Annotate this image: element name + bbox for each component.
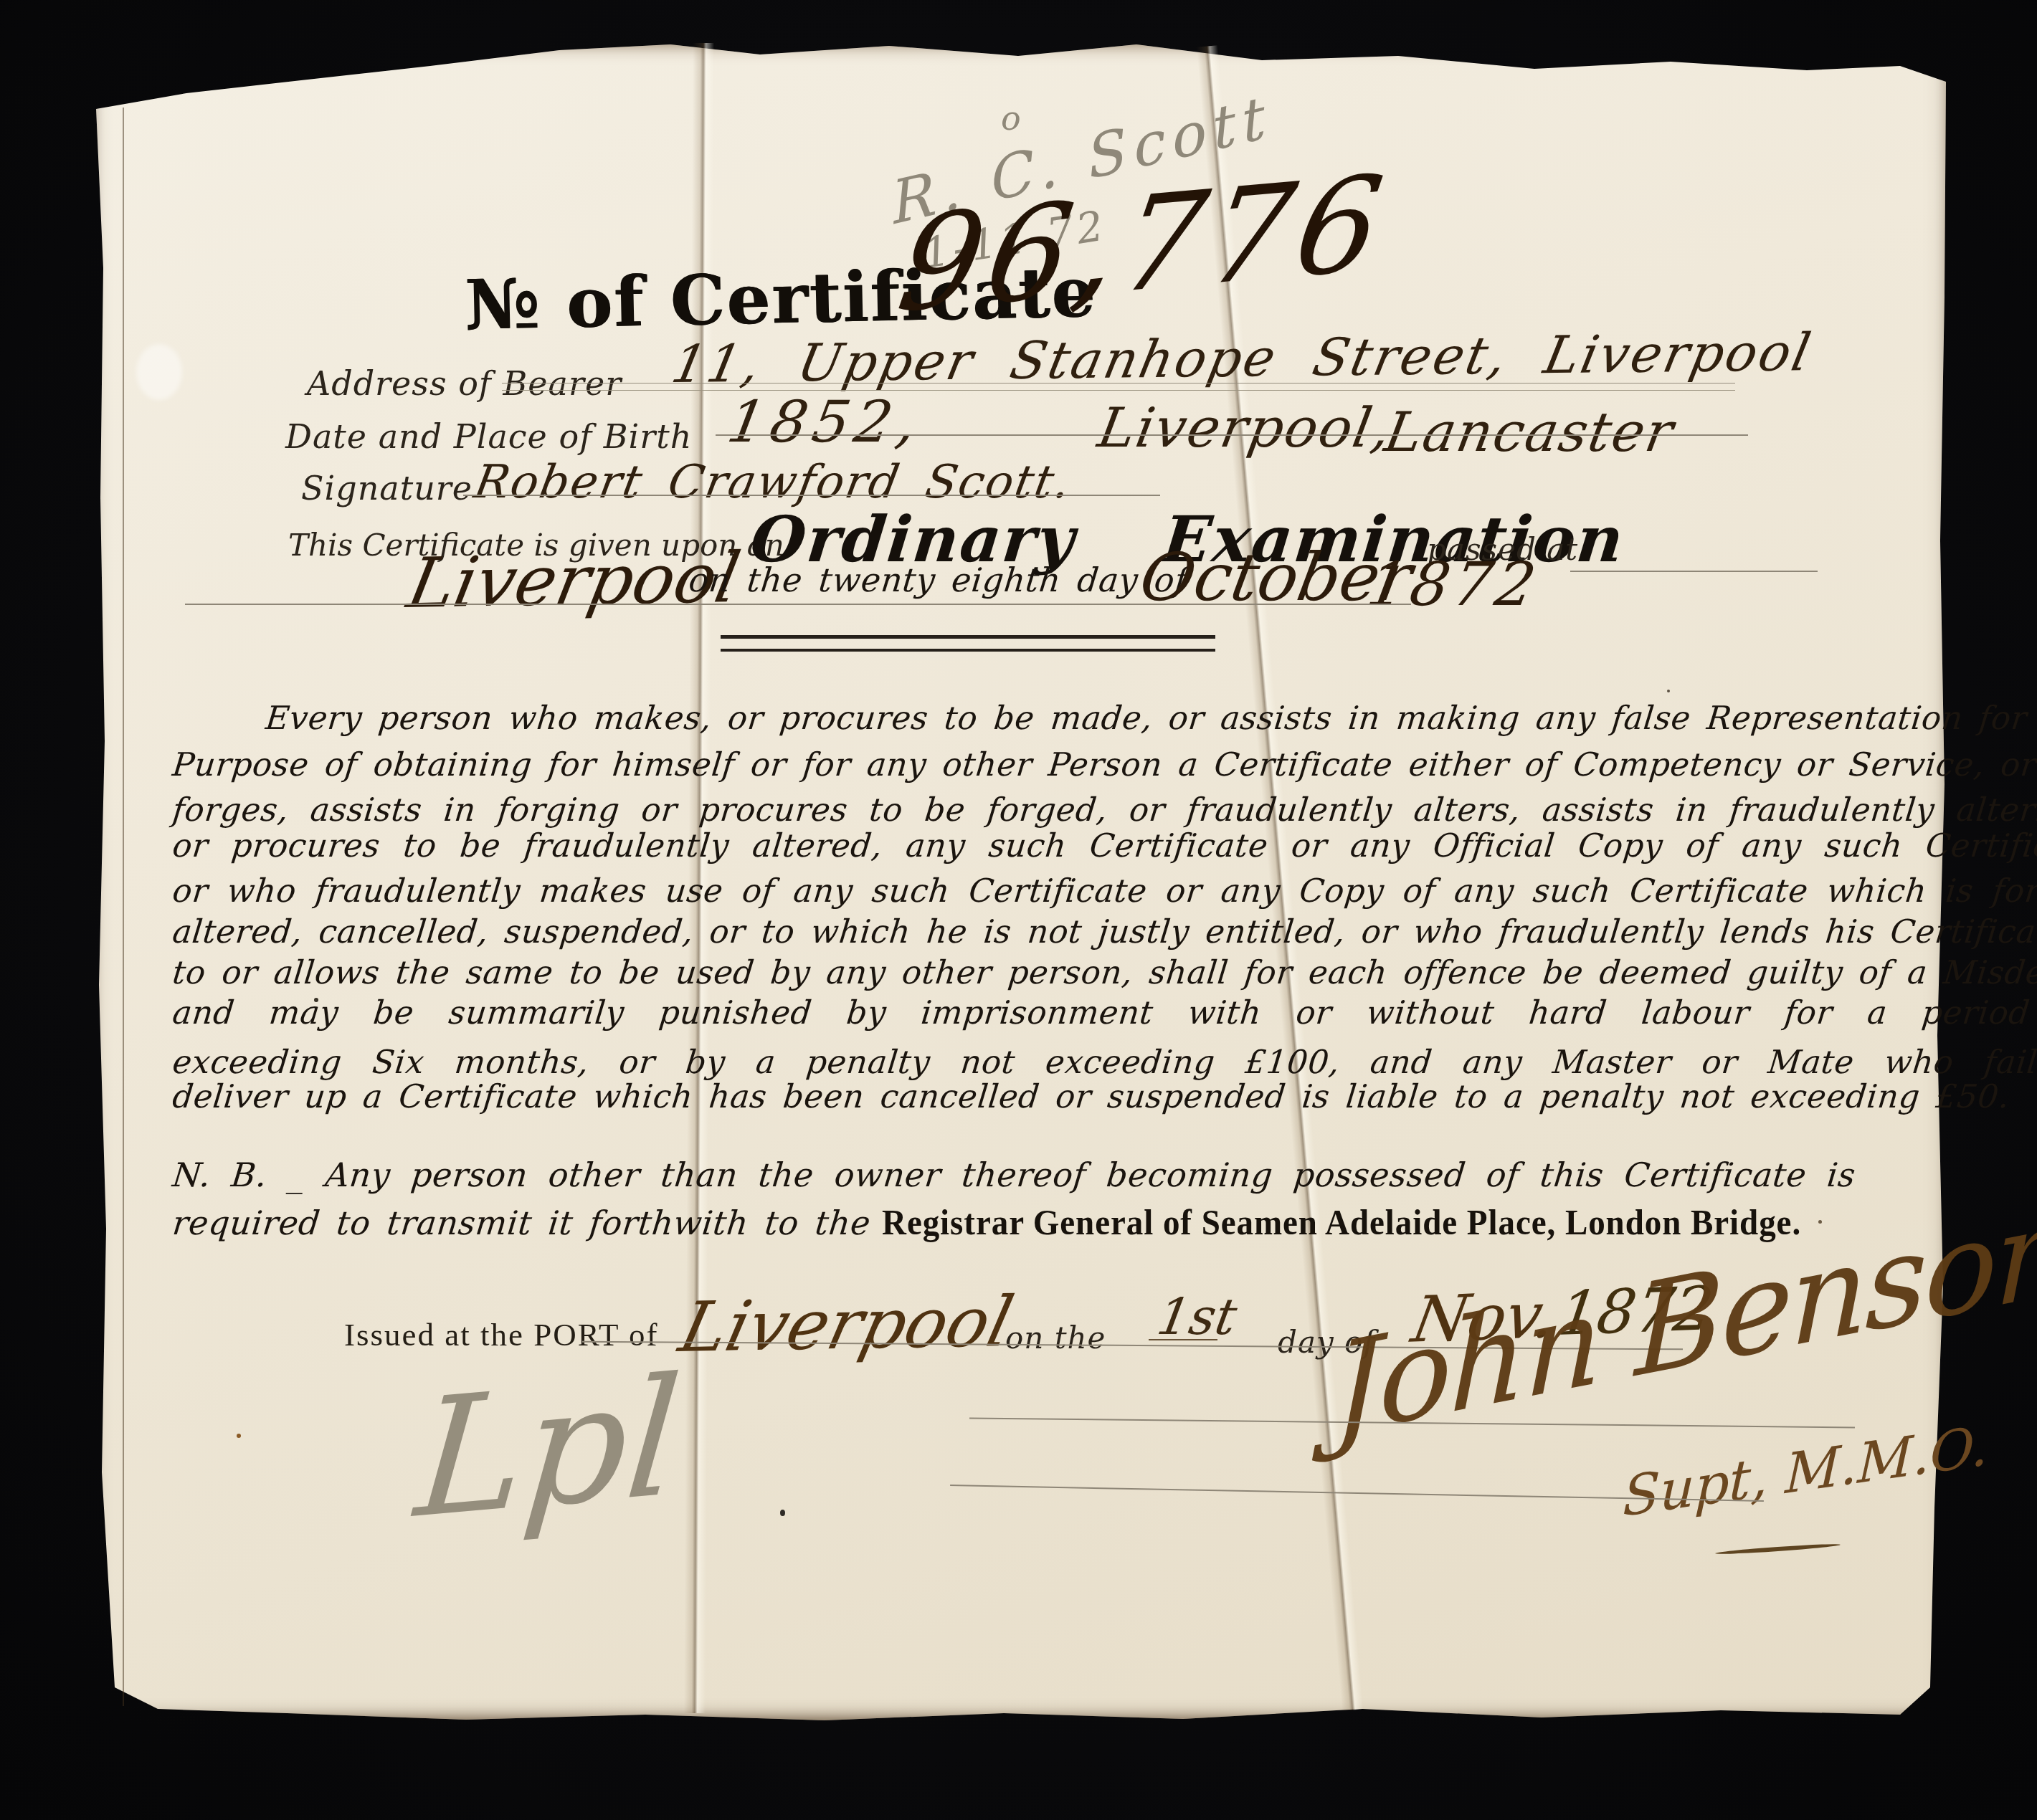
paper-speck bbox=[314, 998, 318, 1002]
pencil-port-code: Lpl bbox=[409, 1343, 687, 1555]
birth-year-value: 1852, bbox=[723, 389, 927, 455]
body-line: deliver up a Certificate which has been … bbox=[171, 1077, 2011, 1115]
paper-speck bbox=[237, 1434, 241, 1438]
embossed-stamp-mark bbox=[136, 344, 182, 400]
exam-year-value: 1872 bbox=[1362, 549, 1545, 619]
body-line: or procures to be fraudulently altered, … bbox=[171, 826, 2037, 864]
issue-day-underline bbox=[1149, 1339, 1217, 1340]
body-line: altered, cancelled, suspended, or to whi… bbox=[171, 913, 2037, 951]
nb-line-1: N. B. _ Any person other than the owner … bbox=[171, 1156, 1858, 1194]
signature-label: Signature bbox=[301, 469, 473, 508]
nb-registrar-address: Registrar General of Seamen Adelaide Pla… bbox=[882, 1201, 1801, 1243]
issue-on-the: on the bbox=[1005, 1320, 1106, 1356]
issue-day-value: 1st bbox=[1153, 1287, 1241, 1346]
paper-speck bbox=[1667, 690, 1670, 692]
signature-value: Robert Crawford Scott. bbox=[470, 456, 1076, 509]
birth-rule bbox=[716, 434, 1748, 436]
issue-port-value: Liverpool bbox=[673, 1282, 1020, 1368]
birth-place-value: Liverpool, bbox=[1093, 396, 1397, 459]
exam-line-rule bbox=[185, 604, 1411, 605]
nb-line-2: required to transmit it forthwith to the… bbox=[171, 1201, 1860, 1243]
body-line: Every person who makes, or procures to b… bbox=[264, 699, 2037, 737]
photograph-of-certificate: o R. C. Scott 1-11-72 № of Certificate 9… bbox=[0, 0, 2037, 1820]
birth-county-value: Lancaster bbox=[1380, 400, 1679, 464]
paper-speck bbox=[780, 1510, 785, 1516]
birth-label: Date and Place of Birth bbox=[285, 417, 692, 456]
body-line: or who fraudulently makes use of any suc… bbox=[171, 872, 2037, 910]
paper-speck bbox=[1818, 1220, 1822, 1224]
body-line: Purpose of obtaining for himself or for … bbox=[171, 745, 2037, 783]
body-line: to or allows the same to be used by any … bbox=[171, 953, 2037, 991]
nb-line-2-script: required to transmit it forthwith to the bbox=[171, 1204, 873, 1242]
body-line: and may be summarily punished by impriso… bbox=[171, 994, 2037, 1032]
exam-double-underline bbox=[721, 635, 1215, 652]
body-line: exceeding Six months, or by a penalty no… bbox=[171, 1043, 2037, 1081]
body-line: forges, assists in forging or procures t… bbox=[171, 791, 2037, 829]
issued-at-port-label: Issued at the PORT of bbox=[344, 1316, 658, 1353]
exam-middle-text: on the twenty eighth day of bbox=[687, 561, 1190, 599]
signature-rule bbox=[463, 495, 1160, 496]
pencil-letter-o: o bbox=[1001, 99, 1021, 138]
address-rule bbox=[502, 383, 1735, 391]
exam-passed-at-blank-rule bbox=[1570, 571, 1818, 572]
paper-edge-fold-line bbox=[123, 108, 124, 1706]
